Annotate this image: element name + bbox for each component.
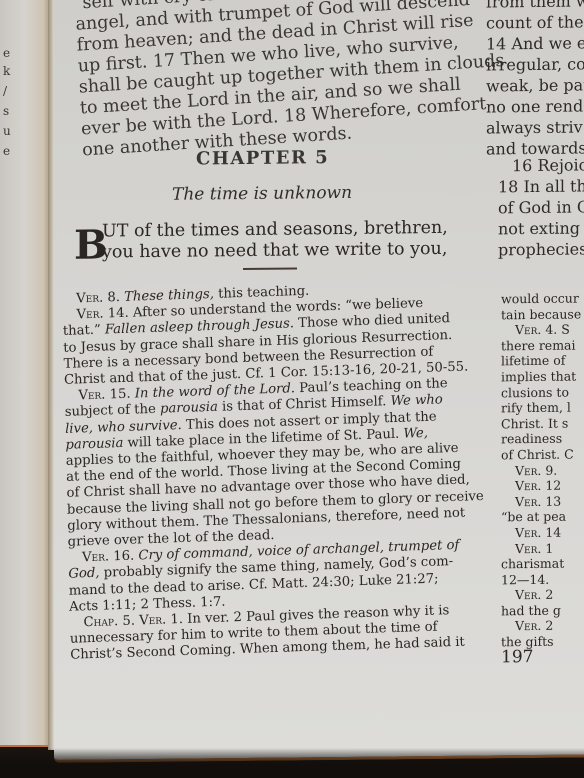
note-line: Ver. 2 [501,587,581,603]
verse-line: 16 Rejoic [498,154,584,176]
verse-line: weak, be pat [486,74,584,96]
verse-reference: Chap. 5. Ver. 1. [83,612,187,630]
right-column-verses-top: from them w count of thei 14 And we e ir… [486,0,584,159]
section-divider [243,267,297,270]
verse-reference: Ver. 14. [76,306,133,323]
left-page-fragment: e [3,144,10,158]
note-line: clusions to [501,384,581,400]
note-text: We who [390,393,443,410]
note-line: Ver. 9. [501,462,581,478]
note-text: We, [403,426,428,442]
note-line: of Christ. C [501,446,581,462]
note-line: 12—14. [501,571,581,587]
note-line: would occur [501,290,581,306]
left-page-fragment: u [3,124,11,138]
note-line: Christ. It s [501,415,581,431]
verse-line: irregular, con [486,53,584,75]
book-page: self with cry of command, with voice of … [54,0,584,763]
table-surface [0,748,584,778]
left-page-edge: e k / s u e [0,0,48,747]
note-text: These things, [124,287,214,305]
note-line: Ver. 14 [501,524,581,540]
left-page-fragment: s [3,104,9,118]
verse-line: of God in C [498,196,584,218]
note-line: “be at pea [501,509,581,525]
note-line: implies that [501,368,581,384]
verse-line: 14 And we e [486,32,584,54]
note-line: Ver. 2 [501,618,581,634]
note-line: lifetime of [501,353,581,369]
note-text: subject of the [65,402,161,420]
left-page-fragment: / [3,84,7,98]
note-line: there remai [501,337,581,353]
chapter-opening: B UT of the times and seasons, brethren,… [74,218,474,264]
right-column-notes: would occurtain becauseVer. 4. Sthere re… [501,290,581,649]
left-page-fragment: e [3,46,10,60]
note-text: this teaching. [214,284,310,302]
note-text: God, [68,566,99,582]
drop-cap-initial: B [74,225,108,265]
note-line: readiness [501,431,581,447]
note-line: rify them, l [501,400,581,416]
note-text: that.” [63,323,105,339]
left-page-fragment: k [3,64,10,78]
verse-line: no one rend [486,95,584,117]
chapter-title: CHAPTER 5 [196,147,329,169]
right-column-verses-mid: 16 Rejoic 18 In all th of God in C not e… [498,154,584,260]
verse-block: self with cry of command, with voice of … [74,0,502,161]
note-text: parousia [160,400,218,417]
verse-line: not exting [498,217,584,239]
note-line: Ver. 13 [501,493,581,509]
verse-reference: Ver. 15. [78,387,135,404]
scripture-text-top: self with cry of command, with voice of … [74,0,494,162]
note-line: had the g [501,602,581,618]
verse-line: count of thei [486,11,584,33]
section-heading: The time is unknown [172,183,352,205]
note-line: Ver. 4. S [501,322,581,338]
note-line: Ver. 12 [501,478,581,494]
commentary-notes: Ver. 8. These things, this teaching.Ver.… [62,278,502,665]
verse-line: prophecies [498,238,584,260]
verse-line: 18 In all th [498,175,584,197]
note-line: charismat [501,556,581,572]
verse-line: you have no need that we write to you, [74,239,474,264]
note-line: tain because [501,306,581,322]
note-line: the gifts [501,634,581,650]
note-line: Ver. 1 [501,540,581,556]
verse-line: always striv [486,116,584,138]
page-number: 197 [501,647,533,667]
note-text: parousia [65,436,123,453]
verse-reference: Ver. 8. [76,290,124,307]
verse-reference: Ver. 16. [82,549,139,566]
